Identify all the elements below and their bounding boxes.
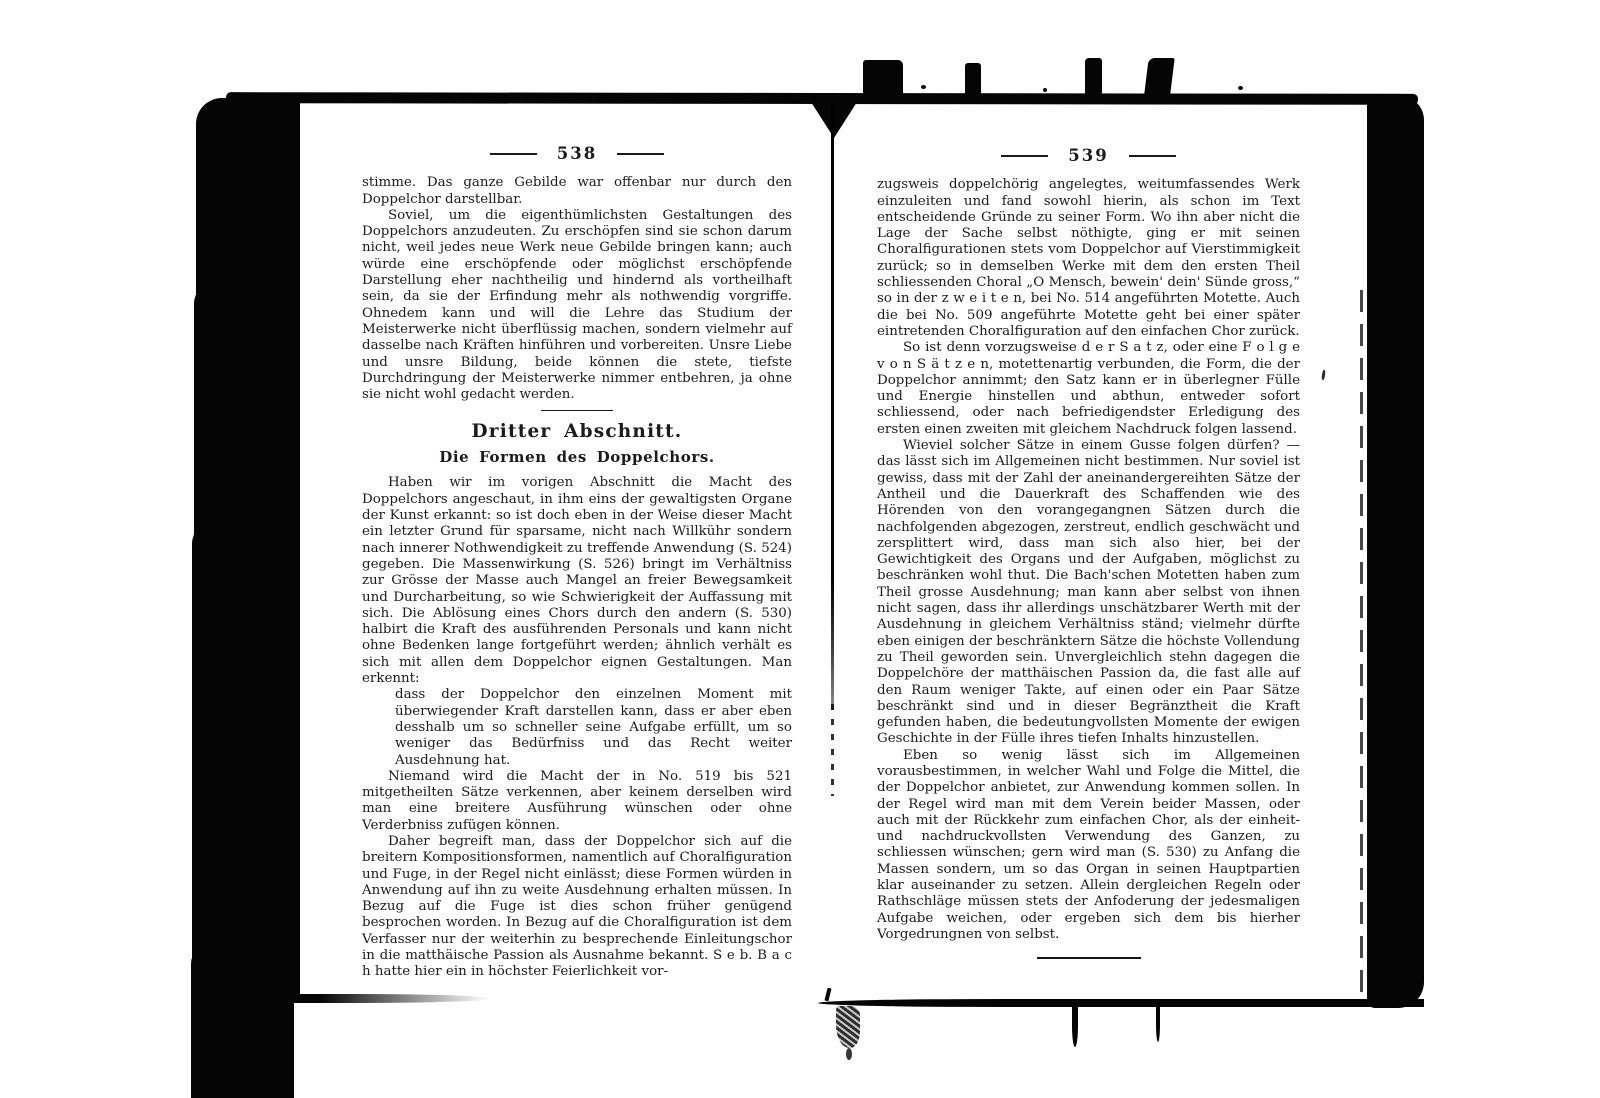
paragraph: So ist denn vorzugsweise d e r S a t z, … [877,340,1300,438]
scan-blot-top-1 [863,60,903,102]
paragraph: Soviel, um die eigenthümlichsten Gestalt… [362,208,792,404]
scan-speck [921,85,926,89]
paragraph: Daher begreift man, dass der Doppelchor … [362,834,792,981]
scan-edge-left-bottom-smudge [228,994,490,1003]
end-divider-rule [1037,957,1141,959]
book-spine-shadow-wedge [811,102,857,138]
right-page: 539 zugsweis doppelchörig angelegtes, we… [877,148,1300,959]
scan-speck [1043,88,1047,92]
book-spine-gutter-line-faded [831,704,834,796]
paragraph: stimme. Das ganze Gebilde war offenbar n… [362,175,792,208]
pagehead-rule-right [617,153,664,155]
pagehead-rule-left [490,153,537,155]
scan-ink-drip-2 [1072,1005,1078,1047]
pagehead-rule-left [1001,155,1048,157]
scan-ink-drip-1b [846,1048,852,1060]
right-page-content: zugsweis doppelchörig angelegtes, weitum… [877,177,1300,959]
left-page-header: 538 [362,146,792,162]
right-page-header: 539 [877,148,1300,164]
paragraph: Eben so wenig lässt sich im Allgemeinen … [877,748,1300,944]
paragraph: Niemand wird die Macht der in No. 519 bi… [362,769,792,834]
book-spine-gutter-line [831,104,834,710]
scan-bottom-tick [824,988,831,1002]
scan-edge-right [1367,96,1424,1008]
right-page-number: 539 [1068,148,1108,164]
scan-blot-top-3 [1085,58,1102,102]
scan-speck [1238,86,1243,90]
scan-blot-top-2 [965,63,981,102]
indented-quote-block: dass der Doppelchor den einzelnen Moment… [395,687,792,768]
left-page-content: stimme. Das ganze Gebilde war offenbar n… [362,175,792,980]
scanned-book-spread: { "document": { "left_page": { "page_num… [0,0,1600,1098]
scan-stray-mark [1321,370,1325,380]
section-heading: Dritter Abschnitt. [362,420,792,444]
paragraph: zugsweis doppelchörig angelegtes, weitum… [877,177,1300,340]
left-page-number: 538 [557,146,597,162]
scan-scratch-line [1360,290,1363,1002]
left-page: 538 stimme. Das ganze Gebilde war offenb… [362,146,792,981]
scan-blot-top-4 [1143,58,1174,102]
section-divider-rule [541,410,613,411]
paragraph: Wieviel solcher Sätze in einem Gusse fol… [877,438,1300,748]
scan-ink-drip-1 [836,1006,860,1048]
section-subheading: Die Formen des Doppelchors. [362,447,792,468]
pagehead-rule-right [1129,155,1176,157]
paragraph: Haben wir im vorigen Abschnitt die Macht… [362,475,792,687]
scan-edge-bottom [818,999,1424,1007]
scan-ink-drip-3 [1156,1007,1160,1042]
scan-edge-left [196,98,300,1003]
